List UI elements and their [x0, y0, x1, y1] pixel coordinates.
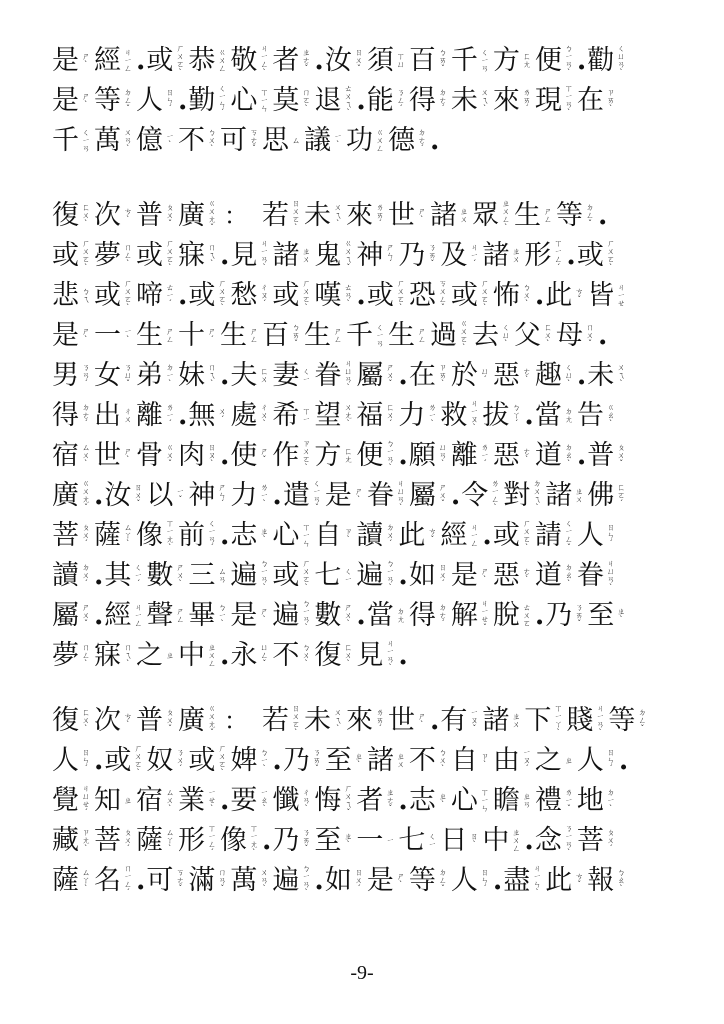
annotated-character: 像ㄒㄧㄤˋ	[136, 519, 176, 553]
hanzi: 愁	[230, 279, 257, 313]
annotated-character: 自ㄗˋ	[314, 519, 354, 553]
hanzi: 或	[272, 279, 299, 313]
zhuyin-annotation: ㄨㄟˋ	[332, 709, 344, 733]
annotated-character: 若ㄖㄨㄛˋ	[262, 199, 302, 233]
hanzi: 諸	[367, 744, 394, 778]
zhuyin-annotation: ㄇㄛˋ	[300, 89, 312, 113]
zhuyin-annotation: ㄏㄨㄛˋ	[395, 280, 407, 312]
hanzi: 普	[136, 704, 163, 738]
zhuyin-annotation: ㄍㄨㄥ	[216, 49, 228, 73]
hanzi: 生	[388, 319, 415, 353]
hanzi: 得	[409, 84, 436, 118]
annotated-character: 見ㄐㄧㄢˋ	[356, 639, 396, 673]
zhuyin-annotation: ㄌㄧˋ	[426, 404, 438, 428]
annotated-character: 數ㄕㄨˋ	[146, 559, 186, 593]
text-line: 復ㄈㄨˋ次ㄘˋ普ㄆㄨˇ廣ㄍㄨㄤˇ：若ㄖㄨㄛˋ未ㄨㄟˋ來ㄌㄞˊ世ㄕˋ諸ㄓㄨ眾ㄓㄨㄥ…	[52, 193, 608, 233]
text-line: 藏ㄗㄤˋ菩ㄆㄨˊ薩ㄙㄚˋ形ㄒㄧㄥˊ像ㄒㄧㄤˋ.乃ㄋㄞˇ至ㄓˋ一ㄧ七ㄑㄧ日ㄖˋ中ㄓ…	[52, 818, 619, 858]
hanzi: 名	[94, 864, 121, 898]
annotated-character: 心ㄒㄧㄣ	[230, 84, 270, 118]
zhuyin-annotation: ㄑㄧㄥˇ	[563, 520, 575, 552]
zhuyin-annotation: ㄋㄩˇ	[122, 364, 134, 388]
text-line: 薩ㄙㄚˋ名ㄇㄧㄥˊ.可ㄎㄜˇ滿ㄇㄢˇ萬ㄨㄢˋ遍ㄅㄧㄢˋ.如ㄖㄨˊ是ㄕˋ等ㄉㄥˇ人…	[52, 858, 629, 898]
hanzi: 其	[104, 559, 131, 593]
hanzi: 惡	[493, 559, 520, 593]
hanzi: 勸	[587, 44, 614, 78]
hanzi: 望	[314, 399, 341, 433]
annotated-character: 處ㄔㄨˋ	[230, 399, 270, 433]
zhuyin-annotation: ㄋㄢˊ	[80, 364, 92, 388]
hanzi: 心	[451, 784, 478, 818]
period: .	[94, 744, 103, 778]
hanzi: 次	[94, 199, 121, 233]
hanzi: 來	[493, 84, 520, 118]
zhuyin-annotation: ㄒㄧ	[300, 408, 312, 424]
zhuyin-annotation: ㄅㄨˋ	[437, 749, 449, 773]
hanzi: 讀	[356, 519, 383, 553]
hanzi: 是	[367, 864, 394, 898]
zhuyin-annotation: ㄊㄨㄟˋ	[342, 85, 354, 117]
annotated-character: 或ㄏㄨㄛˋ	[272, 279, 312, 313]
hanzi: 此	[545, 864, 572, 898]
hanzi: 佛	[587, 479, 614, 513]
zhuyin-annotation: ㄧˋ	[332, 133, 344, 149]
period: .	[356, 279, 365, 313]
hanzi: 乃	[283, 744, 310, 778]
annotated-character: 夢ㄇㄥˋ	[94, 239, 134, 273]
annotated-character: 便ㄅㄧㄢˋ	[535, 44, 575, 78]
hanzi: 數	[146, 559, 173, 593]
zhuyin-annotation: ㄅㄧㄢˋ	[384, 440, 396, 472]
hanzi: 若	[262, 704, 289, 738]
annotated-character: 道ㄉㄠˋ	[535, 439, 575, 473]
period: .	[566, 239, 575, 273]
zhuyin-annotation: ㄌㄞˊ	[374, 204, 386, 228]
period: .	[220, 784, 229, 818]
annotated-character: 現ㄒㄧㄢˋ	[535, 84, 575, 118]
hanzi: 恭	[188, 44, 215, 78]
hanzi: 乃	[272, 824, 299, 858]
annotated-character: 恭ㄍㄨㄥ	[188, 44, 228, 78]
hanzi: 脫	[493, 599, 520, 633]
annotated-character: 眷ㄐㄩㄢˋ	[314, 359, 354, 393]
zhuyin-annotation: ㄑㄧㄢ	[479, 49, 491, 73]
hanzi: 悔	[314, 784, 341, 818]
annotated-character: 去ㄑㄩˋ	[472, 319, 512, 353]
annotated-character: 來ㄌㄞˊ	[346, 199, 386, 233]
period: .	[220, 239, 229, 273]
annotated-character: 心ㄒㄧㄣ	[451, 784, 491, 818]
text-line: 得ㄉㄜˊ出ㄔㄨ離ㄌㄧˊ.無ㄨˊ處ㄔㄨˋ希ㄒㄧ望ㄨㄤˋ福ㄈㄨˊ力ㄌㄧˋ救ㄐㄧㄡˋ拔…	[52, 393, 619, 433]
annotated-character: 人ㄖㄣˊ	[451, 864, 491, 898]
annotated-character: 念ㄋㄧㄢˋ	[535, 824, 575, 858]
colon: ：	[224, 704, 248, 738]
annotated-character: 鬼ㄍㄨㄟˇ	[314, 239, 354, 273]
annotated-character: 畢ㄅㄧˋ	[188, 599, 228, 633]
hanzi: 屬	[409, 479, 436, 513]
zhuyin-annotation: ㄐㄩㄝˊ	[80, 785, 92, 817]
zhuyin-annotation: ㄜˋ	[521, 368, 533, 384]
hanzi: 生	[136, 319, 163, 353]
zhuyin-annotation: ㄗㄞˋ	[437, 364, 449, 388]
period: .	[314, 864, 323, 898]
annotated-character: 眷ㄐㄩㄢˋ	[577, 559, 617, 593]
hanzi: 萬	[230, 864, 257, 898]
annotated-character: 次ㄘˋ	[94, 199, 134, 233]
annotated-character: 諸ㄓㄨ	[367, 744, 407, 778]
annotated-character: 世ㄕˋ	[94, 439, 134, 473]
hanzi: 或	[577, 239, 604, 273]
zhuyin-annotation: ㄘˇ	[573, 288, 585, 304]
annotated-character: 遍ㄅㄧㄢˋ	[272, 599, 312, 633]
zhuyin-annotation: ㄓㄨ	[395, 753, 407, 769]
annotated-character: 德ㄉㄜˊ	[388, 124, 428, 158]
zhuyin-annotation: ㄐㄧㄢˋ	[384, 640, 396, 672]
period: .	[94, 599, 103, 633]
annotated-character: 志ㄓˋ	[230, 519, 270, 553]
annotated-character: 生ㄕㄥ	[514, 199, 554, 233]
annotated-character: 次ㄘˋ	[94, 704, 134, 738]
zhuyin-annotation: ㄏㄨㄛˋ	[521, 520, 533, 552]
period: .	[356, 599, 365, 633]
hanzi: 便	[535, 44, 562, 78]
hanzi: 恐	[409, 279, 436, 313]
hanzi: 眷	[314, 359, 341, 393]
annotated-character: 讀ㄉㄨˊ	[356, 519, 396, 553]
zhuyin-annotation: ㄏㄨㄛˋ	[605, 240, 617, 272]
annotated-character: 讀ㄉㄨˊ	[52, 559, 92, 593]
zhuyin-annotation: ㄇㄥˋ	[80, 644, 92, 668]
annotated-character: 奴ㄋㄨˊ	[146, 744, 186, 778]
zhuyin-annotation: ㄐㄧㄡˋ	[468, 400, 480, 432]
annotated-character: 或ㄏㄨㄛˋ	[136, 239, 176, 273]
annotated-character: 來ㄌㄞˊ	[493, 84, 533, 118]
zhuyin-annotation: ㄕˋ	[122, 448, 134, 464]
zhuyin-annotation: ㄐㄩㄢˋ	[605, 560, 617, 592]
annotated-character: 父ㄈㄨˋ	[514, 319, 554, 353]
zhuyin-annotation: ㄌㄞˊ	[521, 89, 533, 113]
hanzi: 要	[230, 784, 257, 818]
zhuyin-annotation: ㄓ	[122, 797, 134, 805]
hanzi: 及	[440, 239, 467, 273]
hanzi: 諸	[482, 704, 509, 738]
zhuyin-annotation: ㄎㄜˇ	[248, 129, 260, 153]
annotated-character: 地ㄉㄧˋ	[577, 784, 617, 818]
zhuyin-annotation: ㄖㄣˊ	[164, 89, 176, 113]
hanzi: 或	[367, 279, 394, 313]
hanzi: 願	[409, 439, 436, 473]
text-line: 千ㄑㄧㄢ萬ㄨㄢˋ億ㄧˋ不ㄅㄨˋ可ㄎㄜˇ思ㄙ議ㄧˋ功ㄍㄨㄥ德ㄉㄜˊ.	[52, 118, 440, 158]
hanzi: 或	[104, 744, 131, 778]
hanzi: 聲	[146, 599, 173, 633]
hanzi: 廣	[178, 704, 205, 738]
period: .	[398, 559, 407, 593]
annotated-character: 男ㄋㄢˊ	[52, 359, 92, 393]
annotated-character: 禮ㄌㄧˇ	[535, 784, 575, 818]
annotated-character: 前ㄑㄧㄢˊ	[178, 519, 218, 553]
hanzi: 或	[188, 744, 215, 778]
annotated-character: 或ㄏㄨㄛˋ	[367, 279, 407, 313]
annotated-character: 寐ㄇㄟˋ	[178, 239, 218, 273]
zhuyin-annotation: ㄈㄨˋ	[342, 644, 354, 668]
period: .	[398, 439, 407, 473]
zhuyin-annotation: ㄒㄩ	[395, 53, 407, 69]
zhuyin-annotation: ㄨㄤˋ	[342, 404, 354, 428]
hanzi: 前	[178, 519, 205, 553]
zhuyin-annotation: ㄋㄥˊ	[395, 89, 407, 113]
annotated-character: 婢ㄅㄧˋ	[230, 744, 270, 778]
period: .	[220, 519, 229, 553]
hanzi: 怖	[493, 279, 520, 313]
annotated-character: 百ㄅㄞˇ	[409, 44, 449, 78]
text-line: 覺ㄐㄩㄝˊ知ㄓ宿ㄙㄨˋ業ㄧㄝˋ.要ㄧㄠˋ懺ㄔㄢˋ悔ㄏㄨㄟˇ者ㄓㄜˇ.志ㄓˋ心ㄒㄧ…	[52, 778, 619, 818]
annotated-character: 下ㄒㄧㄚˋ	[524, 704, 564, 738]
zhuyin-annotation: ㄏㄨㄛˋ	[122, 280, 134, 312]
zhuyin-annotation: ㄌㄧˊ	[479, 444, 491, 468]
zhuyin-annotation: ㄑㄧㄢ	[374, 324, 386, 348]
annotated-character: 世ㄕˋ	[388, 704, 428, 738]
zhuyin-annotation: ㄧㄡˊ	[521, 749, 533, 773]
zhuyin-annotation: ㄅㄟ	[80, 288, 92, 304]
hanzi: 懺	[272, 784, 299, 818]
annotated-character: 解ㄐㄧㄝˇ	[451, 599, 491, 633]
period: .	[272, 479, 281, 513]
hanzi: 諸	[482, 239, 509, 273]
annotated-character: 無ㄨˊ	[188, 399, 228, 433]
hanzi: 世	[388, 704, 415, 738]
zhuyin-annotation: ㄈㄨˋ	[542, 324, 554, 348]
annotated-character: 若ㄖㄨㄛˋ	[262, 704, 302, 738]
hanzi: 或	[188, 279, 215, 313]
hanzi: 形	[524, 239, 551, 273]
hanzi: 千	[346, 319, 373, 353]
hanzi: 遍	[356, 559, 383, 593]
annotated-character: 盡ㄐㄧㄣˋ	[503, 864, 543, 898]
hanzi: 道	[535, 559, 562, 593]
hanzi: 次	[94, 704, 121, 738]
hanzi: 告	[577, 399, 604, 433]
annotated-character: 乃ㄋㄞˇ	[272, 824, 312, 858]
hanzi: 出	[94, 399, 121, 433]
hanzi: 過	[430, 319, 457, 353]
zhuyin-annotation: ㄨㄢˋ	[258, 869, 270, 893]
annotated-character: 在ㄗㄞˋ	[577, 84, 617, 118]
zhuyin-annotation: ㄘˋ	[122, 208, 134, 224]
annotated-character: 數ㄕㄨˋ	[314, 599, 354, 633]
zhuyin-annotation: ㄗˋ	[479, 753, 491, 769]
hanzi: 人	[451, 864, 478, 898]
hanzi: 自	[451, 744, 478, 778]
zhuyin-annotation: ㄉㄜˊ	[437, 604, 449, 628]
hanzi: 讀	[52, 559, 79, 593]
annotated-character: 議ㄧˋ	[304, 124, 344, 158]
hanzi: 力	[398, 399, 425, 433]
annotated-character: 賤ㄐㄧㄢˋ	[566, 704, 606, 738]
hanzi: 是	[451, 559, 478, 593]
zhuyin-annotation: ㄖㄨˇ	[353, 49, 365, 73]
hanzi: 自	[314, 519, 341, 553]
annotated-character: 諸ㄓㄨ	[430, 199, 470, 233]
hanzi: 中	[178, 639, 205, 673]
zhuyin-annotation: ㄘˇ	[573, 873, 585, 889]
annotated-character: 以ㄧˇ	[146, 479, 186, 513]
zhuyin-annotation: ㄖㄨˊ	[353, 869, 365, 893]
hanzi: 藏	[52, 824, 79, 858]
hanzi: 永	[230, 639, 257, 673]
zhuyin-annotation: ㄗˋ	[342, 528, 354, 544]
hanzi: 等	[409, 864, 436, 898]
zhuyin-annotation: ㄑㄧㄣˊ	[216, 85, 228, 117]
zhuyin-annotation: ㄓㄨㄥ	[206, 644, 218, 668]
period: .	[94, 559, 103, 593]
hanzi: 屬	[52, 599, 79, 633]
hanzi: 人	[52, 744, 79, 778]
period: .	[220, 439, 229, 473]
hanzi: 見	[230, 239, 257, 273]
annotated-character: 女ㄋㄩˇ	[94, 359, 134, 393]
annotated-character: 未ㄨㄟˋ	[304, 199, 344, 233]
zhuyin-annotation: ㄌㄧㄥˋ	[489, 480, 501, 512]
annotated-character: 是ㄕˋ	[451, 559, 491, 593]
hanzi: 菩	[52, 519, 79, 553]
zhuyin-annotation: ㄈㄨˊ	[384, 404, 396, 428]
zhuyin-annotation: ㄐㄧˊ	[468, 244, 480, 268]
annotated-character: 遍ㄅㄧㄢˋ	[272, 864, 312, 898]
hanzi: 離	[451, 439, 478, 473]
annotated-character: 能ㄋㄥˊ	[367, 84, 407, 118]
zhuyin-annotation: ㄕㄥ	[248, 328, 260, 344]
hanzi: 未	[304, 704, 331, 738]
zhuyin-annotation: ㄙㄢ	[216, 568, 228, 584]
hanzi: 至	[325, 744, 352, 778]
hanzi: 是	[230, 599, 257, 633]
annotated-character: 得ㄉㄜˊ	[409, 84, 449, 118]
annotated-character: 萬ㄨㄢˋ	[230, 864, 270, 898]
annotated-character: 知ㄓ	[94, 784, 134, 818]
zhuyin-annotation: ㄙㄚˋ	[164, 829, 176, 853]
annotated-character: 福ㄈㄨˊ	[356, 399, 396, 433]
annotated-character: 或ㄏㄨㄛˋ	[146, 44, 186, 78]
annotated-character: 勸ㄑㄩㄢˋ	[587, 44, 627, 78]
annotated-character: 或ㄏㄨㄛˋ	[52, 239, 92, 273]
period: .	[398, 359, 407, 393]
zhuyin-annotation: ㄙ	[290, 137, 302, 145]
hanzi: 道	[535, 439, 562, 473]
annotated-character: 未ㄨㄟˋ	[587, 359, 627, 393]
zhuyin-annotation: ㄇㄧㄥˊ	[122, 865, 134, 897]
hanzi: 寐	[178, 239, 205, 273]
hanzi: 能	[367, 84, 394, 118]
hanzi: 心	[272, 519, 299, 553]
annotated-character: 諸ㄓㄨ	[545, 479, 585, 513]
annotated-character: 未ㄨㄟˋ	[451, 84, 491, 118]
text-line: 是ㄕˋ經ㄐㄧㄥ.或ㄏㄨㄛˋ恭ㄍㄨㄥ敬ㄐㄧㄥˋ者ㄓㄜˇ.汝ㄖㄨˇ須ㄒㄩ百ㄅㄞˇ千ㄑ…	[52, 38, 629, 78]
zhuyin-annotation: ㄊㄢˋ	[342, 284, 354, 308]
annotated-character: 七ㄑㄧ	[314, 559, 354, 593]
zhuyin-annotation: ㄔㄢˋ	[300, 789, 312, 813]
hanzi: 復	[52, 704, 79, 738]
zhuyin-annotation: ㄒㄧㄢˋ	[563, 85, 575, 117]
zhuyin-annotation: ㄏㄨㄛˋ	[174, 45, 186, 77]
annotated-character: 佛ㄈㄛˊ	[587, 479, 627, 513]
hanzi: 須	[367, 44, 394, 78]
annotated-character: 萬ㄨㄢˋ	[94, 124, 134, 158]
annotated-character: 是ㄕˋ	[325, 479, 365, 513]
period: .	[398, 784, 407, 818]
hanzi: 以	[146, 479, 173, 513]
zhuyin-annotation: ㄉㄨˊ	[384, 524, 396, 548]
zhuyin-annotation: ㄅㄨˋ	[300, 644, 312, 668]
annotated-character: 啼ㄊㄧˊ	[136, 279, 176, 313]
zhuyin-annotation: ㄖㄡˋ	[206, 444, 218, 468]
hanzi: 惡	[493, 439, 520, 473]
annotated-character: 報ㄅㄠˋ	[587, 864, 627, 898]
annotated-character: 骨ㄍㄨˇ	[136, 439, 176, 473]
annotated-character: 或ㄏㄨㄛˋ	[451, 279, 491, 313]
annotated-character: 三ㄙㄢ	[188, 559, 228, 593]
hanzi: 普	[136, 199, 163, 233]
annotated-character: 或ㄏㄨㄛˋ	[94, 279, 134, 313]
zhuyin-annotation: ㄓㄨㄥ	[510, 829, 522, 853]
zhuyin-annotation: ㄏㄨㄛˋ	[479, 280, 491, 312]
zhuyin-annotation: ㄅㄧˋ	[258, 749, 270, 773]
zhuyin-annotation: ㄖㄨㄛˋ	[290, 200, 302, 232]
zhuyin-annotation: ㄈㄨˋ	[80, 204, 92, 228]
hanzi: 便	[356, 439, 383, 473]
annotated-character: 請ㄑㄧㄥˇ	[535, 519, 575, 553]
hanzi: 未	[451, 84, 478, 118]
annotated-character: 令ㄌㄧㄥˋ	[461, 479, 501, 513]
hanzi: 復	[314, 639, 341, 673]
zhuyin-annotation: ㄓˋ	[353, 753, 365, 769]
hanzi: 是	[52, 319, 79, 353]
annotated-character: 是ㄕˋ	[52, 319, 92, 353]
annotated-character: 至ㄓˋ	[587, 599, 627, 633]
zhuyin-annotation: ㄋㄞˇ	[311, 749, 323, 773]
annotated-character: 名ㄇㄧㄥˊ	[94, 864, 134, 898]
annotated-character: 神ㄕㄣˊ	[188, 479, 228, 513]
zhuyin-annotation: ㄑㄧㄢˇ	[311, 480, 323, 512]
annotated-character: 一ㄧˋ	[94, 319, 134, 353]
zhuyin-annotation: ㄏㄨㄛˋ	[216, 280, 228, 312]
zhuyin-annotation: ㄓˋ	[615, 608, 627, 624]
zhuyin-annotation: ㄅㄧㄢˋ	[300, 865, 312, 897]
hanzi: 遣	[283, 479, 310, 513]
period: .	[598, 199, 607, 233]
zhuyin-annotation: ㄕㄥ	[174, 608, 186, 624]
hanzi: 廣	[178, 199, 205, 233]
zhuyin-annotation: ㄆㄨˊ	[605, 829, 617, 853]
zhuyin-annotation: ㄐㄧㄝˇ	[479, 600, 491, 632]
hanzi: 方	[314, 439, 341, 473]
hanzi: 可	[146, 864, 173, 898]
annotated-character: 得ㄉㄜˊ	[409, 599, 449, 633]
zhuyin-annotation: ㄇㄟˋ	[206, 364, 218, 388]
annotated-character: 嘆ㄊㄢˋ	[314, 279, 354, 313]
zhuyin-annotation: ㄈㄨ	[258, 368, 270, 384]
hanzi: 神	[188, 479, 215, 513]
text-line: 廣ㄍㄨㄤˇ.汝ㄖㄨˇ以ㄧˇ神ㄕㄣˊ力ㄌㄧˋ.遣ㄑㄧㄢˇ是ㄕˋ眷ㄐㄩㄢˋ屬ㄕㄨˇ.…	[52, 473, 629, 513]
hanzi: 廣	[52, 479, 79, 513]
zhuyin-annotation: ㄗㄞˋ	[605, 89, 617, 113]
annotated-character: 乃ㄋㄞˇ	[545, 599, 585, 633]
annotated-character: 薩ㄙㄚˋ	[94, 519, 134, 553]
annotated-character: 之ㄓ	[136, 639, 176, 673]
hanzi: 是	[52, 84, 79, 118]
zhuyin-annotation: ㄕㄨˇ	[384, 364, 396, 388]
zhuyin-annotation: ㄑㄧ	[300, 368, 312, 384]
hanzi: 生	[514, 199, 541, 233]
hanzi: 地	[577, 784, 604, 818]
